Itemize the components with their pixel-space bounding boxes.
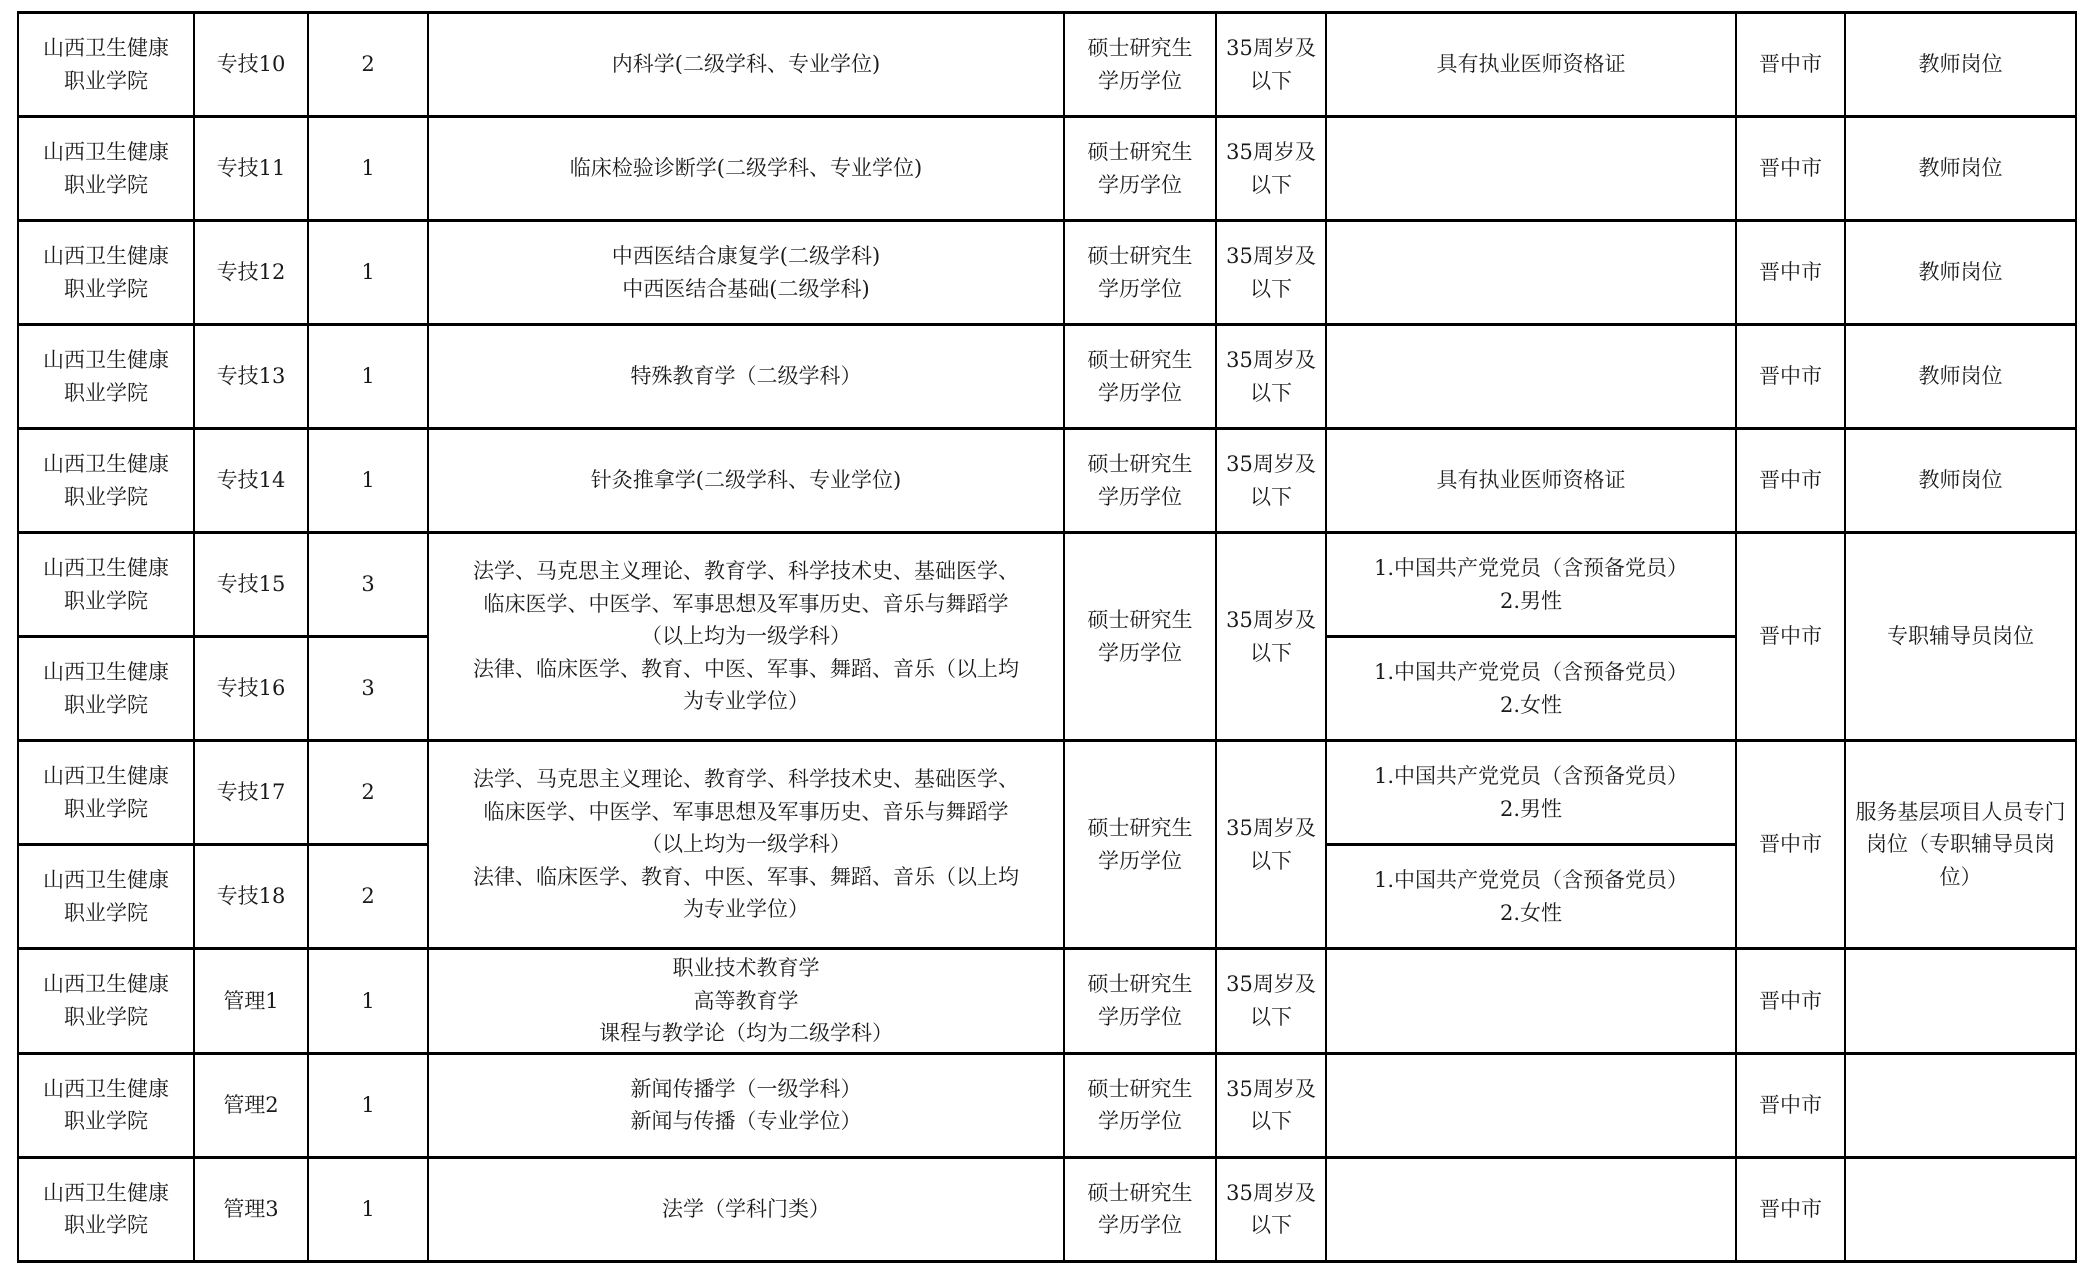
location-cell: 晋中市 [1736, 1053, 1845, 1157]
table-row: 山西卫生健康 职业学院 专技13 1 特殊教育学（二级学科） 硕士研究生 学历学… [18, 325, 2076, 429]
major-cell: 法学（学科门类） [428, 1157, 1064, 1261]
post-code-cell: 专技14 [194, 429, 308, 533]
unit-cell: 山西卫生健康 职业学院 [18, 637, 194, 741]
unit-cell: 山西卫生健康 职业学院 [18, 1053, 194, 1157]
age-cell: 35周岁及 以下 [1216, 325, 1326, 429]
major-cell-merged: 法学、马克思主义理论、教育学、科学技术史、基础医学、 临床医学、中医学、军事思想… [428, 741, 1064, 949]
post-code-cell: 专技11 [194, 117, 308, 221]
requirement-cell: 1.中国共产党党员（含预备党员） 2.男性 [1326, 741, 1736, 845]
table-row: 山西卫生健康 职业学院 专技14 1 针灸推拿学(二级学科、专业学位) 硕士研究… [18, 429, 2076, 533]
unit-cell: 山西卫生健康 职业学院 [18, 117, 194, 221]
degree-cell: 硕士研究生 学历学位 [1064, 533, 1216, 741]
headcount-cell: 1 [308, 325, 428, 429]
table-row: 山西卫生健康 职业学院 专技15 3 法学、马克思主义理论、教育学、科学技术史、… [18, 533, 2076, 637]
age-cell: 35周岁及 以下 [1216, 533, 1326, 741]
age-cell: 35周岁及 以下 [1216, 949, 1326, 1054]
degree-cell: 硕士研究生 学历学位 [1064, 429, 1216, 533]
table-row: 山西卫生健康 职业学院 管理1 1 职业技术教育学 高等教育学 课程与教学论（均… [18, 949, 2076, 1054]
unit-cell: 山西卫生健康 职业学院 [18, 741, 194, 845]
location-cell: 晋中市 [1736, 533, 1845, 741]
headcount-cell: 1 [308, 221, 428, 325]
post-code-cell: 管理3 [194, 1157, 308, 1261]
post-type-cell: 教师岗位 [1845, 221, 2076, 325]
post-type-cell: 专职辅导员岗位 [1845, 533, 2076, 741]
degree-cell: 硕士研究生 学历学位 [1064, 1157, 1216, 1261]
requirement-cell: 1.中国共产党党员（含预备党员） 2.女性 [1326, 845, 1736, 949]
post-type-cell [1845, 1157, 2076, 1261]
degree-cell: 硕士研究生 学历学位 [1064, 949, 1216, 1054]
major-cell: 针灸推拿学(二级学科、专业学位) [428, 429, 1064, 533]
table-row: 山西卫生健康 职业学院 专技10 2 内科学(二级学科、专业学位) 硕士研究生 … [18, 13, 2076, 117]
degree-cell: 硕士研究生 学历学位 [1064, 741, 1216, 949]
degree-cell: 硕士研究生 学历学位 [1064, 221, 1216, 325]
post-code-cell: 专技17 [194, 741, 308, 845]
degree-cell: 硕士研究生 学历学位 [1064, 13, 1216, 117]
post-code-cell: 专技16 [194, 637, 308, 741]
major-cell: 中西医结合康复学(二级学科) 中西医结合基础(二级学科) [428, 221, 1064, 325]
major-cell: 新闻传播学（一级学科） 新闻与传播（专业学位） [428, 1053, 1064, 1157]
headcount-cell: 3 [308, 533, 428, 637]
table-row: 山西卫生健康 职业学院 管理2 1 新闻传播学（一级学科） 新闻与传播（专业学位… [18, 1053, 2076, 1157]
post-type-cell: 服务基层项目人员专门岗位（专职辅导员岗位） [1845, 741, 2076, 949]
post-type-cell: 教师岗位 [1845, 429, 2076, 533]
headcount-cell: 2 [308, 845, 428, 949]
requirement-cell [1326, 117, 1736, 221]
headcount-cell: 2 [308, 741, 428, 845]
major-cell-merged: 法学、马克思主义理论、教育学、科学技术史、基础医学、 临床医学、中医学、军事思想… [428, 533, 1064, 741]
table-row: 山西卫生健康 职业学院 专技17 2 法学、马克思主义理论、教育学、科学技术史、… [18, 741, 2076, 845]
requirement-cell: 1.中国共产党党员（含预备党员） 2.男性 [1326, 533, 1736, 637]
requirement-cell: 具有执业医师资格证 [1326, 13, 1736, 117]
headcount-cell: 3 [308, 637, 428, 741]
age-cell: 35周岁及 以下 [1216, 221, 1326, 325]
headcount-cell: 1 [308, 429, 428, 533]
post-code-cell: 管理2 [194, 1053, 308, 1157]
unit-cell: 山西卫生健康 职业学院 [18, 1157, 194, 1261]
table-row: 山西卫生健康 职业学院 专技12 1 中西医结合康复学(二级学科) 中西医结合基… [18, 221, 2076, 325]
age-cell: 35周岁及 以下 [1216, 1157, 1326, 1261]
age-cell: 35周岁及 以下 [1216, 741, 1326, 949]
age-cell: 35周岁及 以下 [1216, 1053, 1326, 1157]
unit-cell: 山西卫生健康 职业学院 [18, 429, 194, 533]
recruitment-table-sheet: 山西卫生健康 职业学院 专技10 2 内科学(二级学科、专业学位) 硕士研究生 … [17, 11, 2077, 1263]
headcount-cell: 1 [308, 949, 428, 1054]
age-cell: 35周岁及 以下 [1216, 429, 1326, 533]
post-type-cell: 教师岗位 [1845, 117, 2076, 221]
age-cell: 35周岁及 以下 [1216, 13, 1326, 117]
location-cell: 晋中市 [1736, 741, 1845, 949]
requirement-cell [1326, 221, 1736, 325]
major-cell: 内科学(二级学科、专业学位) [428, 13, 1064, 117]
requirement-cell: 具有执业医师资格证 [1326, 429, 1736, 533]
location-cell: 晋中市 [1736, 1157, 1845, 1261]
unit-cell: 山西卫生健康 职业学院 [18, 533, 194, 637]
degree-cell: 硕士研究生 学历学位 [1064, 325, 1216, 429]
post-type-cell [1845, 949, 2076, 1054]
location-cell: 晋中市 [1736, 949, 1845, 1054]
location-cell: 晋中市 [1736, 325, 1845, 429]
post-code-cell: 专技15 [194, 533, 308, 637]
age-cell: 35周岁及 以下 [1216, 117, 1326, 221]
table-row: 山西卫生健康 职业学院 管理3 1 法学（学科门类） 硕士研究生 学历学位 35… [18, 1157, 2076, 1261]
major-cell: 临床检验诊断学(二级学科、专业学位) [428, 117, 1064, 221]
location-cell: 晋中市 [1736, 221, 1845, 325]
headcount-cell: 1 [308, 117, 428, 221]
unit-cell: 山西卫生健康 职业学院 [18, 221, 194, 325]
headcount-cell: 1 [308, 1053, 428, 1157]
post-type-cell: 教师岗位 [1845, 325, 2076, 429]
table-row: 山西卫生健康 职业学院 专技11 1 临床检验诊断学(二级学科、专业学位) 硕士… [18, 117, 2076, 221]
major-cell: 特殊教育学（二级学科） [428, 325, 1064, 429]
unit-cell: 山西卫生健康 职业学院 [18, 949, 194, 1054]
unit-cell: 山西卫生健康 职业学院 [18, 13, 194, 117]
requirement-cell [1326, 1053, 1736, 1157]
headcount-cell: 2 [308, 13, 428, 117]
location-cell: 晋中市 [1736, 13, 1845, 117]
post-type-cell: 教师岗位 [1845, 13, 2076, 117]
degree-cell: 硕士研究生 学历学位 [1064, 117, 1216, 221]
unit-cell: 山西卫生健康 职业学院 [18, 845, 194, 949]
requirement-cell [1326, 325, 1736, 429]
requirement-cell [1326, 949, 1736, 1054]
post-code-cell: 专技18 [194, 845, 308, 949]
requirement-cell: 1.中国共产党党员（含预备党员） 2.女性 [1326, 637, 1736, 741]
location-cell: 晋中市 [1736, 117, 1845, 221]
post-code-cell: 专技13 [194, 325, 308, 429]
recruitment-table: 山西卫生健康 职业学院 专技10 2 内科学(二级学科、专业学位) 硕士研究生 … [17, 11, 2077, 1263]
post-type-cell [1845, 1053, 2076, 1157]
location-cell: 晋中市 [1736, 429, 1845, 533]
degree-cell: 硕士研究生 学历学位 [1064, 1053, 1216, 1157]
major-cell: 职业技术教育学 高等教育学 课程与教学论（均为二级学科） [428, 949, 1064, 1054]
requirement-cell [1326, 1157, 1736, 1261]
post-code-cell: 专技12 [194, 221, 308, 325]
headcount-cell: 1 [308, 1157, 428, 1261]
post-code-cell: 管理1 [194, 949, 308, 1054]
post-code-cell: 专技10 [194, 13, 308, 117]
unit-cell: 山西卫生健康 职业学院 [18, 325, 194, 429]
